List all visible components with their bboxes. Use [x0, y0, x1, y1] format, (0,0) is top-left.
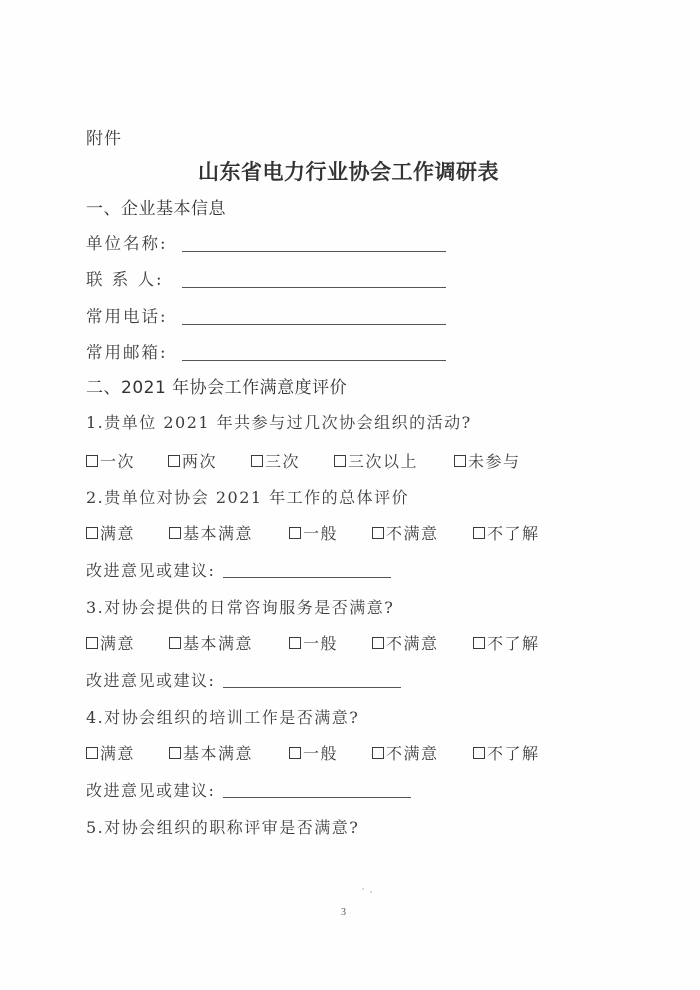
option-label: 基本满意: [183, 741, 253, 764]
option-label: 满意: [100, 631, 135, 654]
option-label: 一般: [303, 521, 338, 544]
option-unknown[interactable]: 不了解: [473, 521, 540, 544]
company-name-input[interactable]: [182, 250, 446, 252]
field-label: 常用邮箱:: [86, 339, 178, 363]
field-label: 联 系 人:: [86, 266, 178, 290]
option-label: 一般: [303, 741, 338, 764]
question-4-suggestion: 改进意见或建议:: [86, 778, 411, 801]
option-unsatisfied[interactable]: 不满意: [372, 631, 473, 654]
question-2: 2.贵单位对协会 2021 年工作的总体评价: [86, 485, 409, 508]
option-label: 满意: [100, 741, 135, 764]
checkbox-icon[interactable]: [169, 637, 181, 649]
option-label: 不满意: [386, 631, 439, 654]
option-more-than-three[interactable]: 三次以上: [334, 449, 454, 472]
checkbox-icon[interactable]: [334, 455, 346, 467]
checkbox-icon[interactable]: [86, 455, 98, 467]
page-title: 山东省电力行业协会工作调研表: [198, 156, 499, 186]
checkbox-icon[interactable]: [372, 747, 384, 759]
section-heading-satisfaction: 二、2021 年协会工作满意度评价: [86, 373, 347, 398]
scan-speck: [362, 888, 364, 890]
option-unsatisfied[interactable]: 不满意: [372, 741, 473, 764]
field-email[interactable]: 常用邮箱:: [86, 339, 446, 363]
suggestion-input[interactable]: [223, 686, 401, 688]
checkbox-icon[interactable]: [289, 747, 301, 759]
checkbox-icon[interactable]: [473, 527, 485, 539]
suggestion-input[interactable]: [223, 796, 411, 798]
option-average[interactable]: 一般: [289, 521, 372, 544]
question-5: 5.对协会组织的职称评审是否满意?: [86, 815, 359, 838]
suggestion-label: 改进意见或建议:: [86, 778, 215, 801]
suggestion-label: 改进意见或建议:: [86, 558, 215, 581]
section-heading-basic-info: 一、企业基本信息: [86, 194, 226, 219]
option-average[interactable]: 一般: [289, 631, 372, 654]
option-label: 不满意: [386, 741, 439, 764]
field-contact-person[interactable]: 联 系 人:: [86, 266, 446, 290]
option-unsatisfied[interactable]: 不满意: [372, 521, 473, 544]
option-satisfied[interactable]: 满意: [86, 631, 169, 654]
page-number: 3: [341, 907, 346, 918]
option-average[interactable]: 一般: [289, 741, 372, 764]
option-label: 不满意: [386, 521, 439, 544]
question-3: 3.对协会提供的日常咨询服务是否满意?: [86, 595, 394, 618]
option-label: 三次: [265, 449, 300, 472]
question-1: 1.贵单位 2021 年共参与过几次协会组织的活动?: [86, 410, 472, 433]
option-unknown[interactable]: 不了解: [473, 631, 540, 654]
field-label: 单位名称:: [86, 230, 178, 254]
email-input[interactable]: [182, 359, 446, 361]
option-label: 满意: [100, 521, 135, 544]
option-label: 两次: [182, 449, 217, 472]
question-1-options: 一次 两次 三次 三次以上 未参与: [86, 449, 521, 472]
option-label: 三次以上: [348, 449, 418, 472]
field-phone[interactable]: 常用电话:: [86, 303, 446, 327]
checkbox-icon[interactable]: [289, 527, 301, 539]
option-satisfied[interactable]: 满意: [86, 521, 169, 544]
checkbox-icon[interactable]: [372, 637, 384, 649]
checkbox-icon[interactable]: [251, 455, 263, 467]
checkbox-icon[interactable]: [169, 747, 181, 759]
checkbox-icon[interactable]: [473, 637, 485, 649]
option-unknown[interactable]: 不了解: [473, 741, 540, 764]
option-three-times[interactable]: 三次: [251, 449, 334, 472]
option-label: 一次: [100, 449, 135, 472]
option-label: 未参与: [468, 449, 521, 472]
option-basically-satisfied[interactable]: 基本满意: [169, 521, 289, 544]
option-satisfied[interactable]: 满意: [86, 741, 169, 764]
field-label: 常用电话:: [86, 303, 178, 327]
option-label: 不了解: [487, 521, 540, 544]
option-label: 一般: [303, 631, 338, 654]
question-4-options: 满意 基本满意 一般 不满意 不了解: [86, 741, 540, 764]
option-basically-satisfied[interactable]: 基本满意: [169, 741, 289, 764]
checkbox-icon[interactable]: [454, 455, 466, 467]
phone-input[interactable]: [182, 323, 446, 325]
suggestion-label: 改进意见或建议:: [86, 668, 215, 691]
attachment-label: 附件: [86, 124, 122, 149]
checkbox-icon[interactable]: [169, 527, 181, 539]
contact-person-input[interactable]: [182, 286, 446, 288]
document-page: 附件 山东省电力行业协会工作调研表 一、企业基本信息 单位名称: 联 系 人: …: [0, 0, 700, 990]
checkbox-icon[interactable]: [86, 527, 98, 539]
option-label: 基本满意: [183, 521, 253, 544]
checkbox-icon[interactable]: [86, 747, 98, 759]
checkbox-icon[interactable]: [473, 747, 485, 759]
option-label: 基本满意: [183, 631, 253, 654]
option-not-participated[interactable]: 未参与: [454, 449, 521, 472]
scan-speck: [370, 891, 372, 893]
checkbox-icon[interactable]: [86, 637, 98, 649]
checkbox-icon[interactable]: [289, 637, 301, 649]
question-3-options: 满意 基本满意 一般 不满意 不了解: [86, 631, 540, 654]
option-twice[interactable]: 两次: [168, 449, 251, 472]
checkbox-icon[interactable]: [168, 455, 180, 467]
checkbox-icon[interactable]: [372, 527, 384, 539]
question-2-suggestion: 改进意见或建议:: [86, 558, 391, 581]
field-company-name[interactable]: 单位名称:: [86, 230, 446, 254]
question-2-options: 满意 基本满意 一般 不满意 不了解: [86, 521, 540, 544]
option-label: 不了解: [487, 741, 540, 764]
question-3-suggestion: 改进意见或建议:: [86, 668, 401, 691]
question-4: 4.对协会组织的培训工作是否满意?: [86, 705, 359, 728]
option-label: 不了解: [487, 631, 540, 654]
suggestion-input[interactable]: [223, 576, 391, 578]
option-basically-satisfied[interactable]: 基本满意: [169, 631, 289, 654]
option-once[interactable]: 一次: [86, 449, 168, 472]
